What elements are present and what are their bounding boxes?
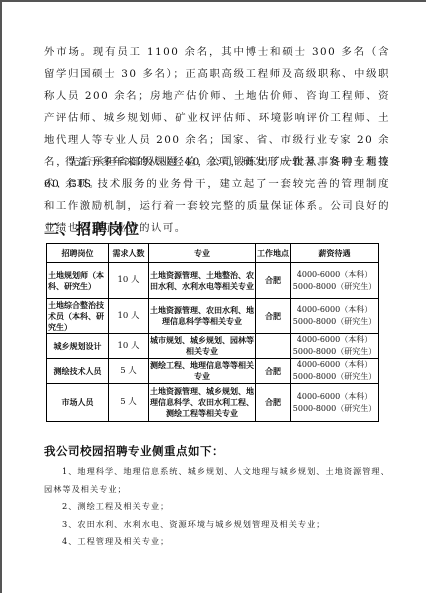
cell-location: 合肥: [256, 263, 291, 299]
list-item: 1、地理科学、地理信息系统、城乡规划、人文地理与城乡规划、土地资源管理、园林等及…: [44, 463, 390, 498]
focus-heading: 我公司校园招聘专业侧重点如下：: [44, 443, 224, 459]
cell-count: 5 人: [109, 359, 149, 384]
section-heading-positions: 二、招聘岗位: [44, 218, 140, 239]
list-item: 4、工程管理及相关专业；: [44, 533, 390, 551]
cell-salary: 4000-6000（本科）5000-8000（研究生）: [291, 384, 379, 422]
cell-position: 测绘技术人员: [47, 359, 109, 384]
cell-salary: 4000-6000（本科）5000-8000（研究生）: [291, 263, 379, 299]
salary-undergrad: 4000-6000（本科）: [292, 391, 377, 403]
cell-position: 城乡规划设计: [47, 334, 109, 359]
header-count: 需求人数: [109, 244, 149, 263]
salary-postgrad: 5000-8000（研究生）: [292, 281, 377, 293]
cell-count: 10 人: [109, 334, 149, 359]
cell-count: 5 人: [109, 384, 149, 422]
cell-position: 土地综合整治技术员（本科、研究生）: [47, 299, 109, 334]
salary-undergrad: 4000-6000（本科）: [292, 334, 377, 346]
page-border-left: [0, 0, 2, 593]
cell-salary: 4000-6000（本科）5000-8000（研究生）: [291, 359, 379, 384]
salary-postgrad: 5000-8000（研究生）: [292, 346, 377, 358]
header-salary: 薪资待遇: [291, 244, 379, 263]
cell-location: 合肥: [256, 299, 291, 334]
cell-major: 土地资源管理、农田水利、地理信息科学等相关专业: [149, 299, 256, 334]
page-border-top: [0, 0, 426, 2]
focus-list: 1、地理科学、地理信息系统、城乡规划、人文地理与城乡规划、土地资源管理、园林等及…: [44, 463, 390, 551]
recruitment-table: 招聘岗位 需求人数 专业 工作地点 薪资待遇 土地规划师（本科、研究生） 10 …: [46, 243, 379, 422]
salary-postgrad: 5000-8000（研究生）: [292, 403, 377, 415]
cell-location: [256, 334, 291, 359]
salary-postgrad: 5000-8000（研究生）: [292, 316, 377, 328]
table-row: 测绘技术人员 5 人 测绘工程、地理信息等等相关专业 合肥 4000-6000（…: [47, 359, 379, 384]
list-item: 2、测绘工程及相关专业；: [44, 498, 390, 516]
header-location: 工作地点: [256, 244, 291, 263]
cell-salary: 4000-6000（本科）5000-8000（研究生）: [291, 299, 379, 334]
cell-count: 10 人: [109, 263, 149, 299]
salary-undergrad: 4000-6000（本科）: [292, 269, 377, 281]
salary-undergrad: 4000-6000（本科）: [292, 304, 377, 316]
cell-major: 土地资源管理、城乡规划、地理信息科学、农田水利工程、测绘工程等相关专业: [149, 384, 256, 422]
table-header-row: 招聘岗位 需求人数 专业 工作地点 薪资待遇: [47, 244, 379, 263]
table-row: 土地综合整治技术员（本科、研究生） 10 人 土地资源管理、农田水利、地理信息科…: [47, 299, 379, 334]
table-row: 市场人员 5 人 土地资源管理、城乡规划、地理信息科学、农田水利工程、测绘工程等…: [47, 384, 379, 422]
table-row: 土地规划师（本科、研究生） 10 人 土地资源管理、土地整治、农田水利、水利水电…: [47, 263, 379, 299]
salary-undergrad: 4000-6000（本科）: [292, 359, 377, 371]
cell-salary: 4000-6000（本科）5000-8000（研究生）: [291, 334, 379, 359]
salary-postgrad: 5000-8000（研究生）: [292, 371, 377, 383]
header-position: 招聘岗位: [47, 244, 109, 263]
cell-major: 土地资源管理、土地整治、农田水利、水利水电等相关专业: [149, 263, 256, 299]
table-row: 城乡规划设计 10 人 城市规划、城乡规划、园林等相关专业 4000-6000（…: [47, 334, 379, 359]
cell-major: 测绘工程、地理信息等等相关专业: [149, 359, 256, 384]
cell-count: 10 人: [109, 299, 149, 334]
cell-major: 城市规划、城乡规划、园林等相关专业: [149, 334, 256, 359]
cell-location: 合肥: [256, 384, 291, 422]
cell-position: 市场人员: [47, 384, 109, 422]
list-item: 3、农田水利、水利水电、资源环境与城乡规划管理及相关专业；: [44, 516, 390, 534]
cell-location: 合肥: [256, 359, 291, 384]
cell-position: 土地规划师（本科、研究生）: [47, 263, 109, 299]
header-major: 专业: [149, 244, 256, 263]
